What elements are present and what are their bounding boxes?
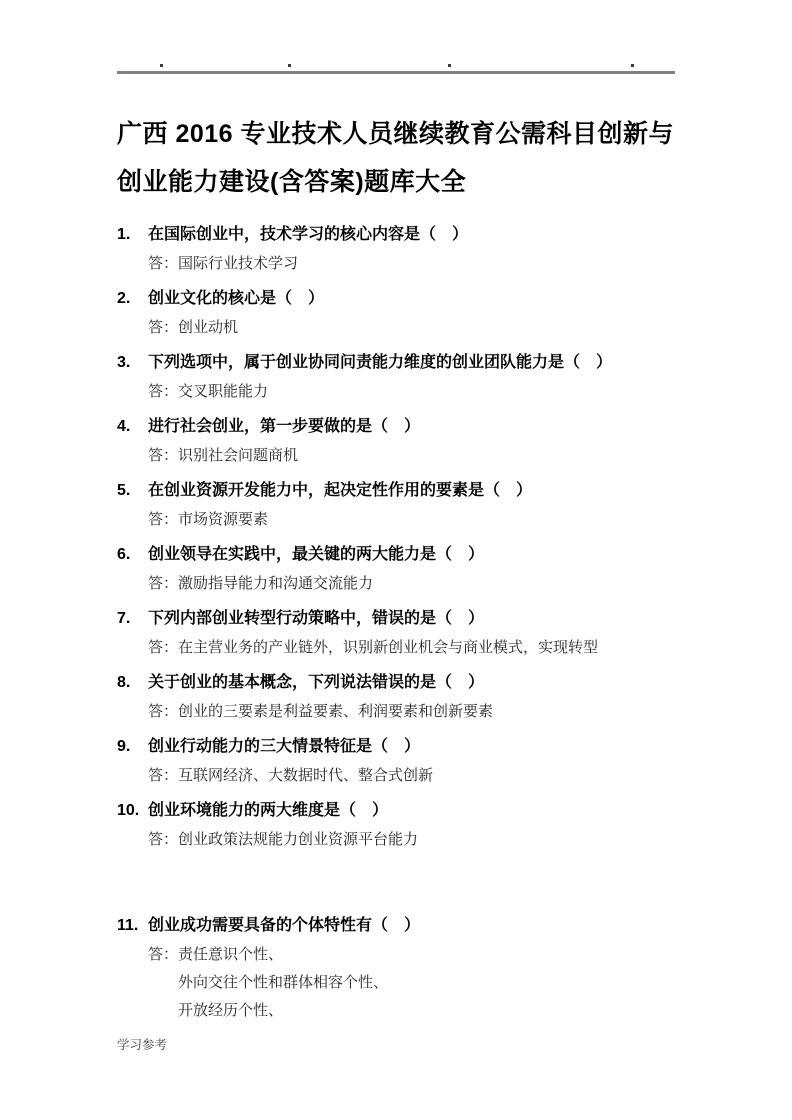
question-number: 10.	[117, 800, 148, 822]
question-number: 8.	[117, 672, 148, 694]
header-tick-mark	[160, 64, 163, 67]
answer-text: 创业政策法规能力创业资源平台能力	[178, 826, 677, 854]
qa-item: 4. 进行社会创业，第一步要做的是（ ） 答： 识别社会问题商机	[117, 416, 677, 470]
question-text: 进行社会创业，第一步要做的是（ ）	[148, 416, 677, 438]
answer-text: 开放经历个性、	[178, 997, 677, 1025]
qa-item: 7. 下列内部创业转型行动策略中，错误的是（ ） 答： 在主营业务的产业链外，识…	[117, 608, 677, 662]
answer-text: 识别社会问题商机	[178, 442, 677, 470]
qa-item: 10. 创业环境能力的两大维度是（ ） 答： 创业政策法规能力创业资源平台能力	[117, 800, 677, 854]
answer-text: 在主营业务的产业链外，识别新创业机会与商业模式，实现转型	[178, 634, 677, 662]
answer-label: 答：	[148, 941, 178, 1025]
question-number: 6.	[117, 544, 148, 566]
qa-item: 1. 在国际创业中，技术学习的核心内容是（ ） 答： 国际行业技术学习	[117, 224, 677, 278]
answer-text: 市场资源要素	[178, 506, 677, 534]
question-number: 1.	[117, 224, 148, 246]
question-text: 下列内部创业转型行动策略中，错误的是（ ）	[148, 608, 677, 630]
question-text: 创业成功需要具备的个体特性有（ ）	[148, 915, 677, 937]
qa-item: 2. 创业文化的核心是（ ） 答： 创业动机	[117, 288, 677, 342]
answer-label: 答：	[148, 570, 178, 598]
question-text: 在国际创业中，技术学习的核心内容是（ ）	[148, 224, 677, 246]
answer-label: 答：	[148, 698, 178, 726]
qa-item: 5. 在创业资源开发能力中，起决定性作用的要素是（ ） 答： 市场资源要素	[117, 480, 677, 534]
qa-item: 6. 创业领导在实践中，最关键的两大能力是（ ） 答： 激励指导能力和沟通交流能…	[117, 544, 677, 598]
question-number: 2.	[117, 288, 148, 310]
question-text: 在创业资源开发能力中，起决定性作用的要素是（ ）	[148, 480, 677, 502]
qa-item: 3. 下列选项中，属于创业协同问责能力维度的创业团队能力是（ ） 答： 交叉职能…	[117, 352, 677, 406]
answer-text: 国际行业技术学习	[178, 250, 677, 278]
answer-label: 答：	[148, 826, 178, 854]
question-number: 3.	[117, 352, 148, 374]
question-text: 创业行动能力的三大情景特征是（ ）	[148, 736, 677, 758]
answer-label: 答：	[148, 634, 178, 662]
page-title: 广西 2016 专业技术人员继续教育公需科目创新与创业能力建设(含答案)题库大全	[117, 110, 677, 206]
question-number: 11.	[117, 915, 148, 937]
header-tick-mark	[288, 64, 291, 67]
question-number: 9.	[117, 736, 148, 758]
answer-label: 答：	[148, 250, 178, 278]
answer-text: 外向交往个性和群体相容个性、	[178, 969, 677, 997]
answer-text: 创业动机	[178, 314, 677, 342]
question-text: 创业环境能力的两大维度是（ ）	[148, 800, 677, 822]
answer-text: 互联网经济、大数据时代、整合式创新	[178, 762, 677, 790]
answer-label: 答：	[148, 378, 178, 406]
header-tick-mark	[448, 64, 451, 67]
answer-text: 交叉职能能力	[178, 378, 677, 406]
header-tick-mark	[631, 64, 634, 67]
answer-label: 答：	[148, 506, 178, 534]
question-text: 下列选项中，属于创业协同问责能力维度的创业团队能力是（ ）	[148, 352, 677, 374]
answer-text: 责任意识个性、	[178, 941, 677, 969]
question-text: 创业文化的核心是（ ）	[148, 288, 677, 310]
footer-note: 学习参考	[117, 1035, 677, 1053]
header-rule	[117, 71, 675, 74]
question-number: 5.	[117, 480, 148, 502]
question-number: 4.	[117, 416, 148, 438]
qa-item: 8. 关于创业的基本概念，下列说法错误的是（ ） 答： 创业的三要素是利益要素、…	[117, 672, 677, 726]
document-body: 广西 2016 专业技术人员继续教育公需科目创新与创业能力建设(含答案)题库大全…	[117, 110, 677, 1053]
answer-label: 答：	[148, 442, 178, 470]
answer-label: 答：	[148, 314, 178, 342]
answer-label: 答：	[148, 762, 178, 790]
qa-item: 11. 创业成功需要具备的个体特性有（ ） 答： 责任意识个性、 外向交往个性和…	[117, 915, 677, 1025]
qa-item: 9. 创业行动能力的三大情景特征是（ ） 答： 互联网经济、大数据时代、整合式创…	[117, 736, 677, 790]
question-text: 关于创业的基本概念，下列说法错误的是（ ）	[148, 672, 677, 694]
answer-text: 创业的三要素是利益要素、利润要素和创新要素	[178, 698, 677, 726]
question-text: 创业领导在实践中，最关键的两大能力是（ ）	[148, 544, 677, 566]
answer-text: 激励指导能力和沟通交流能力	[178, 570, 677, 598]
question-number: 7.	[117, 608, 148, 630]
